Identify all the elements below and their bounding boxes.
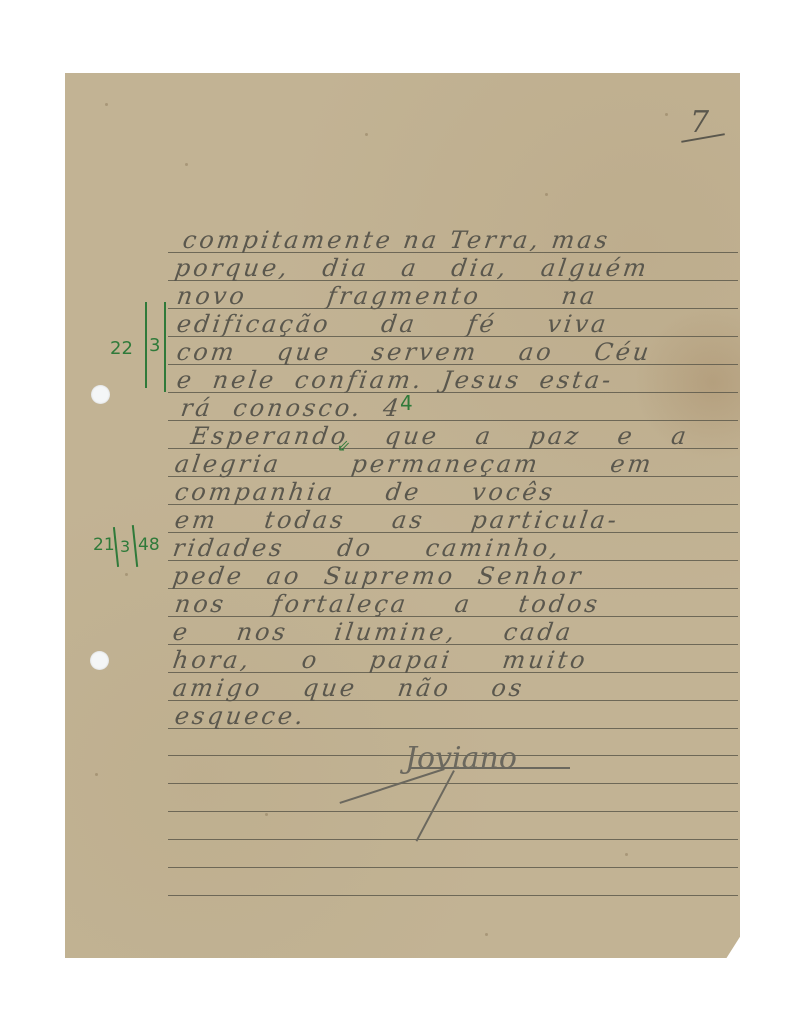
- ruled-line: [168, 783, 738, 784]
- letter-page: 7 22 3 21 3 48 compitamente na Terra, ma…: [65, 73, 740, 958]
- green-number-mark: 4: [400, 391, 416, 415]
- letter-line: novo fragmento na: [175, 282, 599, 310]
- letter-line: e nele confiam. Jesus esta-: [175, 366, 615, 394]
- paper-speck: [545, 193, 548, 196]
- letter-line: hora, o papai muito: [171, 646, 590, 674]
- letter-line: pede ao Supremo Senhor: [171, 562, 585, 590]
- letter-line: e nos ilumine, cada: [171, 618, 575, 646]
- paper-speck: [95, 773, 98, 776]
- margin-date-2-year: 48: [138, 535, 160, 555]
- margin-date-1-month: 3: [149, 335, 160, 356]
- letter-line: com que servem ao Céu: [175, 338, 653, 366]
- letter-line: alegria permaneçam em: [173, 450, 655, 478]
- paper-speck: [265, 813, 268, 816]
- letter-line: nos fortaleça a todos: [173, 590, 602, 618]
- paper-speck: [485, 933, 488, 936]
- ruled-line: [168, 811, 738, 812]
- margin-bracket-line: [145, 302, 147, 388]
- letter-line: compitamente na Terra, mas: [181, 226, 612, 254]
- paper-speck: [625, 853, 628, 856]
- ruled-line: [168, 895, 738, 896]
- letter-line: Esperando que a paz e a: [189, 422, 691, 450]
- signature: Joviano: [405, 741, 517, 776]
- letter-line: esquece.: [173, 702, 308, 730]
- letter-line: amigo que não os: [171, 674, 526, 702]
- signature-underline: [410, 767, 570, 769]
- punch-hole: [90, 651, 109, 670]
- paper-speck: [185, 163, 188, 166]
- letter-line: companhia de vocês: [173, 478, 557, 506]
- margin-date-2-day: 21: [93, 535, 115, 555]
- letter-line: edificação da fé viva: [175, 310, 610, 338]
- signature-flourish: [416, 770, 455, 841]
- paper-speck: [365, 133, 368, 136]
- ruled-line: [168, 867, 738, 868]
- ruled-line: [168, 839, 738, 840]
- letter-line: rá conosco. 4: [179, 394, 403, 422]
- letter-line: ridades do caminho,: [171, 534, 563, 562]
- paper-speck: [665, 113, 668, 116]
- letter-line: porque, dia a dia, alguém: [173, 254, 651, 282]
- signature-flourish: [339, 768, 444, 803]
- punch-hole: [91, 385, 110, 404]
- page-number: 7: [690, 105, 709, 140]
- margin-bracket-line: [164, 302, 166, 392]
- margin-date-1-day: 22: [110, 338, 133, 359]
- paper-speck: [105, 103, 108, 106]
- paper-speck: [125, 573, 128, 576]
- margin-date-2-month: 3: [120, 537, 130, 556]
- letter-line: em todas as particula-: [173, 506, 621, 534]
